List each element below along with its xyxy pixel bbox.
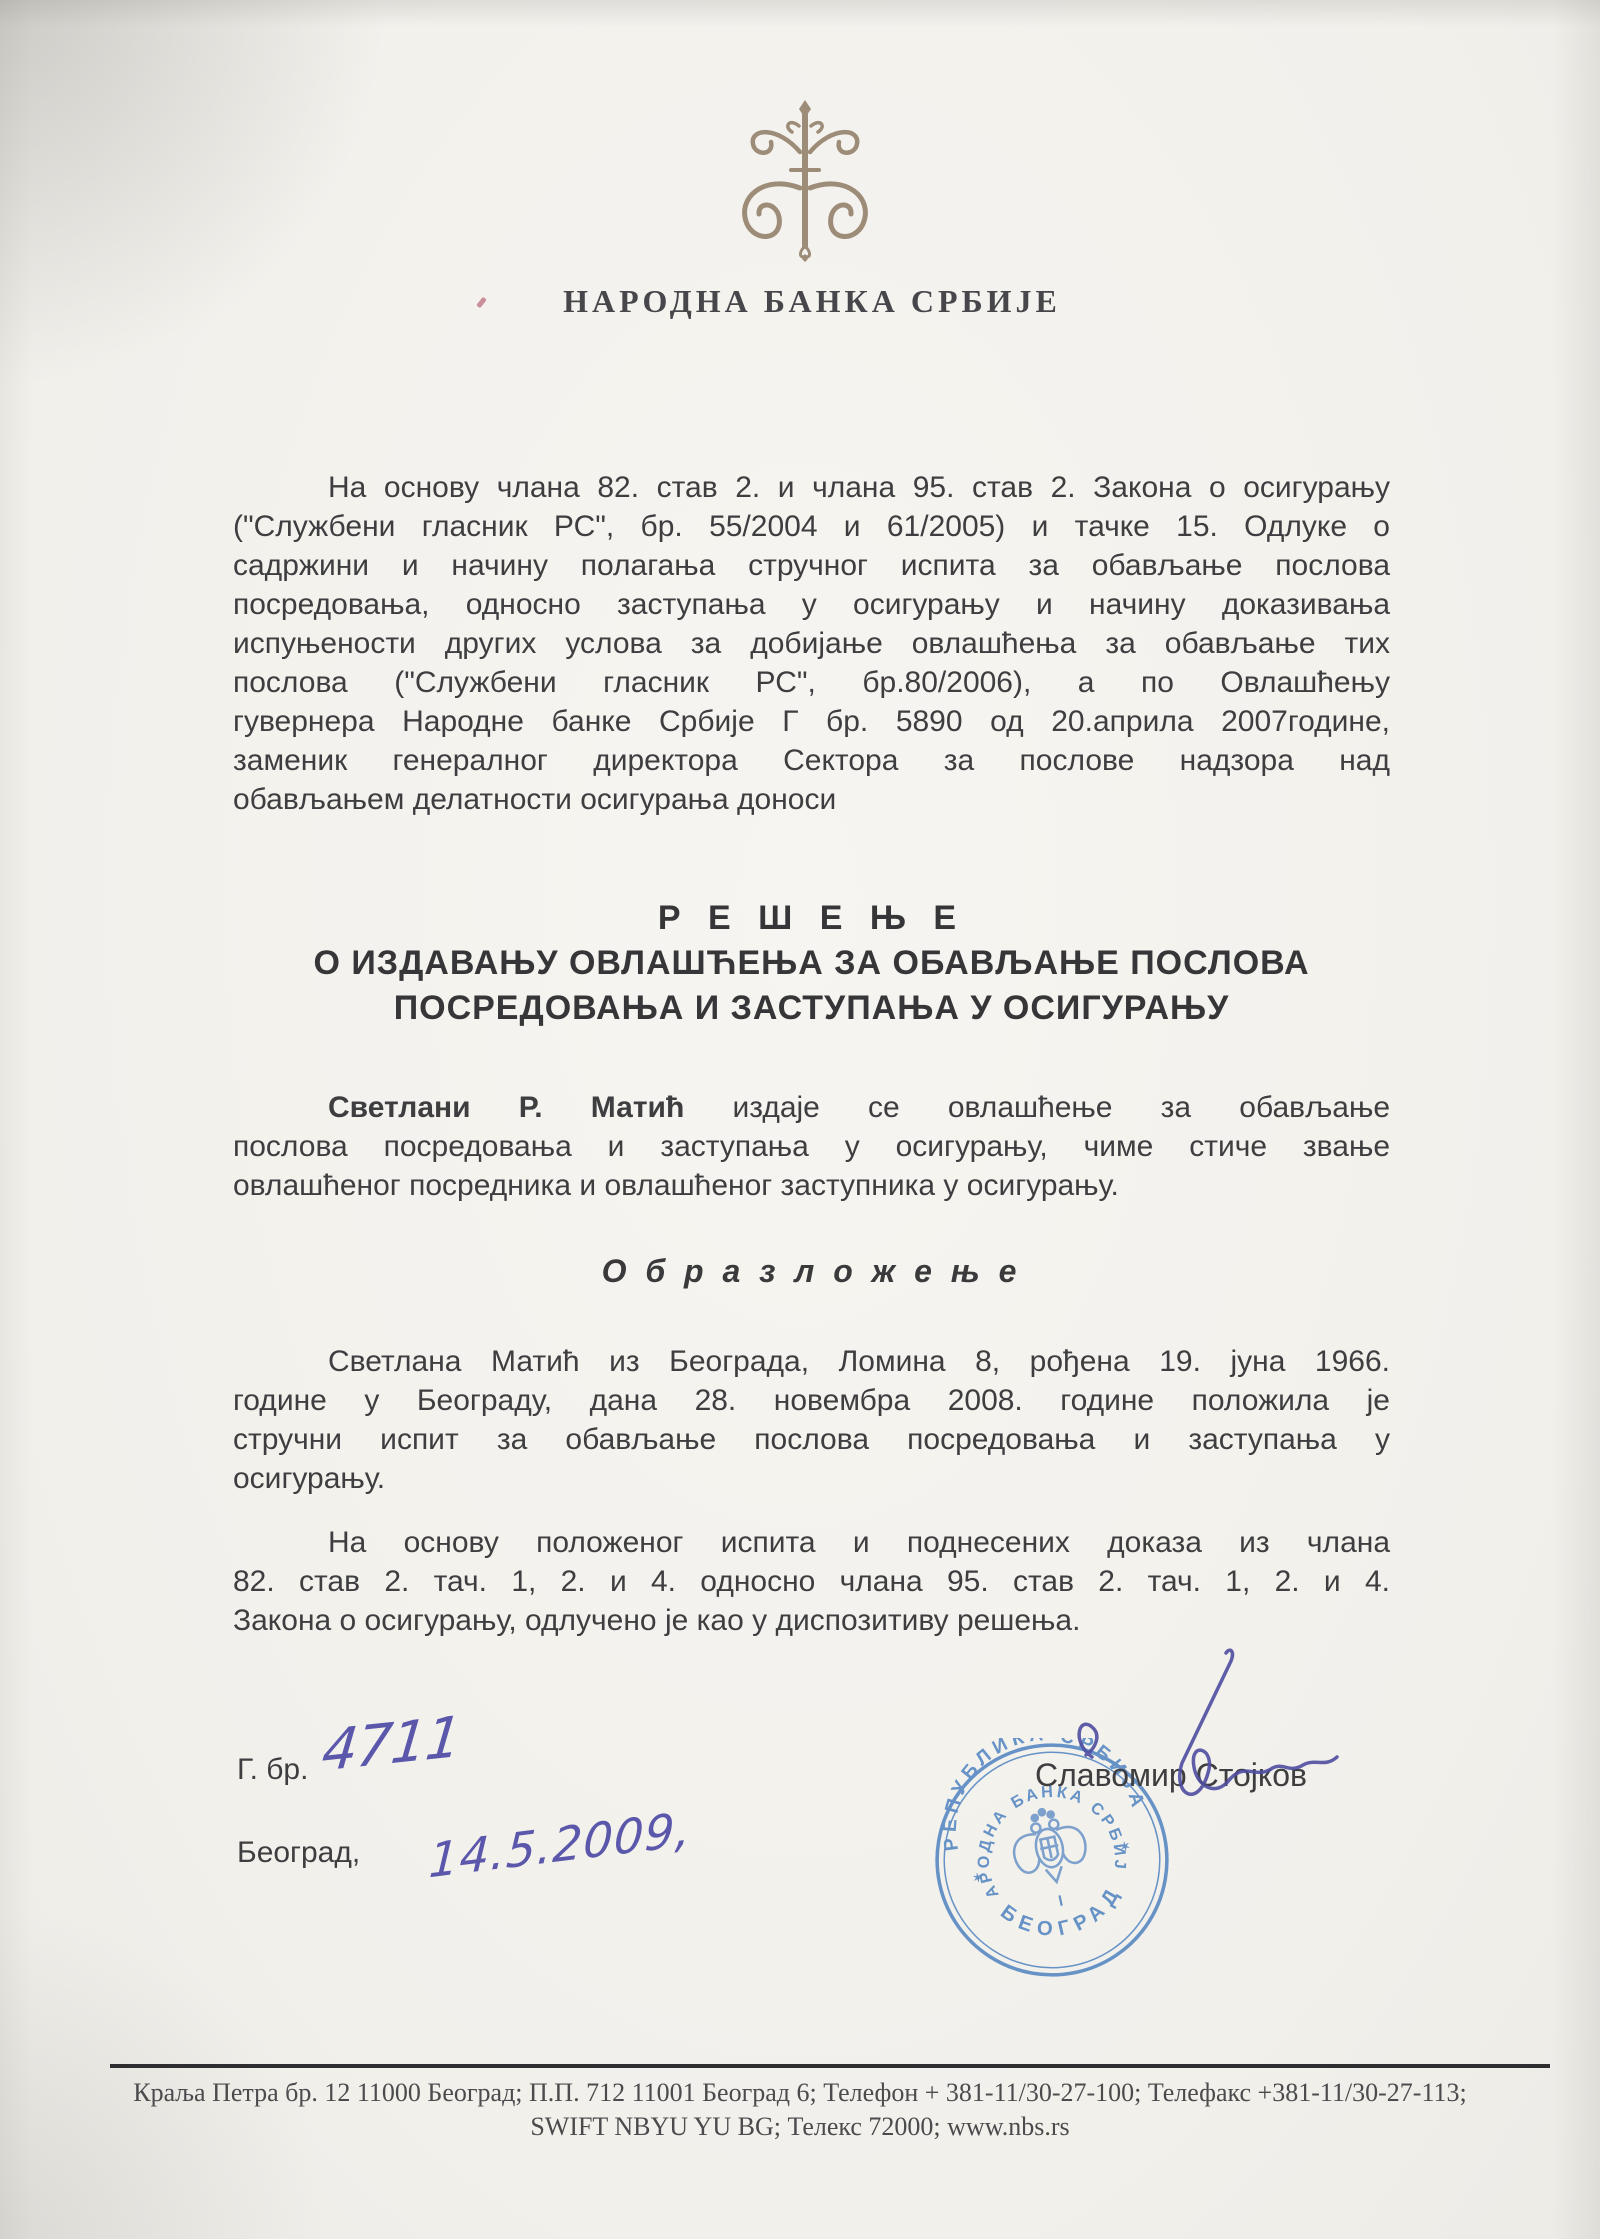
decision-title-line: О ИЗДАВАЊУ ОВЛАШЋЕЊА ЗА ОБАВЉАЊЕ ПОСЛОВА [233,941,1390,986]
place-label: Београд, [237,1836,360,1870]
rationale-line: Закона о осигурању, одлучено је као у ди… [233,1601,1390,1640]
disposition-line: Светлани Р. Матић издаје се овлашћење за… [233,1088,1390,1127]
decision-title-line: ПОСРЕДОВАЊА И ЗАСТУПАЊА У ОСИГУРАЊУ [233,986,1390,1031]
disposition-text: издаје се овлашћење за обављање [684,1091,1390,1124]
preamble-line: заменик генералног директора Сектора за … [233,741,1390,780]
stamp-bottom-text: БЕОГРАД [993,1877,1134,1953]
preamble-paragraph: На основу члана 82. став 2. и члана 95. … [233,468,1390,819]
preamble-line: ("Службени гласник РС", бр. 55/2004 и 61… [233,507,1390,546]
nbs-monogram-icon [728,96,882,262]
rationale-line: стручни испит за обављање послова посред… [233,1420,1390,1459]
preamble-line: обављањем делатности осигурања доноси [233,780,1390,819]
rationale-line: 82. став 2. тач. 1, 2. и 4. односно члан… [233,1562,1390,1601]
preamble-line: посредовања, односно заступања у осигура… [233,585,1390,624]
rationale-line: На основу положеног испита и поднесених … [233,1523,1390,1562]
case-number-handwritten: 4711 [319,1704,464,1785]
disposition-line: овлашћеног посредника и овлашћеног засту… [233,1166,1390,1205]
stamp-branch-numeral: I [1057,1893,1065,1911]
signature-scribble-icon [1030,1645,1350,1820]
preamble-line: На основу члана 82. став 2. и члана 95. … [233,468,1390,507]
footer-rule [110,2064,1550,2068]
grantee-name: Светлани Р. Матић [328,1091,684,1124]
rationale-heading: О б р а з л о ж е њ е [233,1253,1390,1290]
preamble-line: испуњености других услова за добијање ов… [233,624,1390,663]
scanned-decision-page: НАРОДНА БАНКА СРБИЈЕ На основу члана 82.… [0,0,1600,2239]
footer-address-line: Краља Петра бр. 12 11000 Београд; П.П. 7… [0,2078,1600,2108]
bank-name-title: НАРОДНА БАНКА СРБИЈЕ [12,283,1600,320]
footer-swift-line: SWIFT NBYU YU BG; Телекс 72000; www.nbs.… [0,2112,1600,2142]
disposition-line: послова посредовања и заступања у осигур… [233,1127,1390,1166]
decision-title: Р Е Ш Е Њ Е О ИЗДАВАЊУ ОВЛАШЋЕЊА ЗА ОБАВ… [233,896,1390,1031]
date-handwritten: 14.5.2009, [428,1802,693,1890]
rationale-line: године у Београду, дана 28. новембра 200… [233,1381,1390,1420]
case-number-label: Г. бр. [237,1753,308,1787]
svg-text:БЕОГРАД: БЕОГРАД [993,1877,1134,1953]
rationale-paragraph-2: На основу положеног испита и поднесених … [233,1523,1390,1640]
disposition-paragraph: Светлани Р. Матић издаје се овлашћење за… [233,1088,1390,1205]
preamble-line: послова ("Службени гласник РС", бр.80/20… [233,663,1390,702]
rationale-line: осигурању. [233,1459,1390,1498]
rationale-line: Светлана Матић из Београда, Ломина 8, ро… [233,1342,1390,1381]
rationale-paragraph-1: Светлана Матић из Београда, Ломина 8, ро… [233,1342,1390,1498]
decision-title-word: Р Е Ш Е Њ Е [233,896,1390,941]
stamp-separator: ✶ [1119,1839,1132,1855]
preamble-line: гувернера Народне банке Србије Г бр. 589… [233,702,1390,741]
preamble-line: садржини и начину полагања стручног испи… [233,546,1390,585]
